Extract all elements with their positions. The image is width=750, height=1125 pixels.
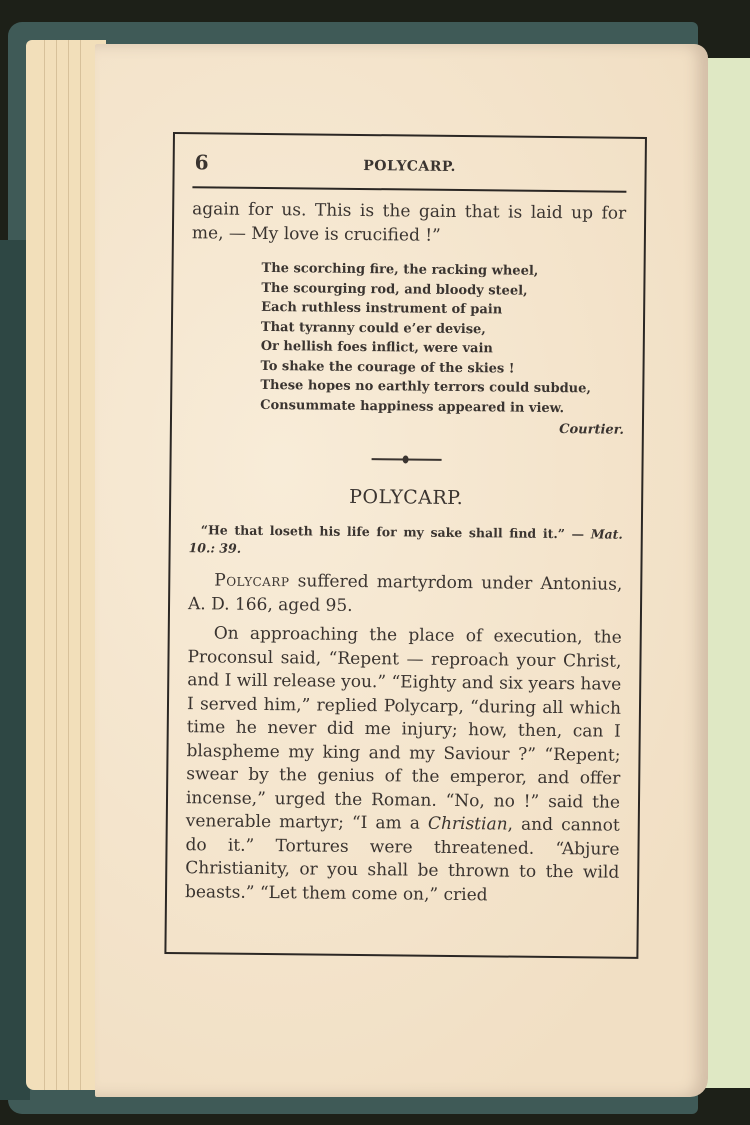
paragraph-1: Polycarp suffered martyrdom under Antoni…	[188, 569, 622, 621]
poem: The scorching fire, the racking wheel, T…	[260, 259, 626, 419]
epigraph: “He that loseth his life for my sake sha…	[189, 521, 623, 562]
text-frame: 6 POLYCARP. again for us. This is the ga…	[164, 132, 647, 959]
italic-word: Christian	[428, 814, 508, 835]
leaf-edge	[48, 40, 57, 1090]
paragraph-2: On approaching the place of execution, t…	[185, 622, 622, 909]
continued-paragraph: again for us. This is the gain that is l…	[192, 198, 626, 250]
page-body: again for us. This is the gain that is l…	[185, 198, 626, 909]
poem-line: Consummate happiness appeared in view.	[260, 395, 624, 418]
leaf-edge	[36, 40, 45, 1090]
running-head: 6 POLYCARP.	[195, 148, 625, 183]
paragraph-text: On approaching the place of execution, t…	[186, 623, 622, 833]
leaf-edge	[60, 40, 69, 1090]
poem-attribution: Courtier.	[190, 414, 624, 442]
running-title: POLYCARP.	[195, 156, 625, 177]
epigraph-text: “He that loseth his life for my sake sha…	[201, 522, 591, 541]
lead-word: Polycarp	[214, 570, 289, 591]
section-ornament	[372, 458, 442, 461]
header-rule	[192, 186, 626, 193]
section-title: POLYCARP.	[189, 484, 623, 512]
page-leaves	[26, 40, 106, 1090]
leaf-edge	[72, 40, 81, 1090]
